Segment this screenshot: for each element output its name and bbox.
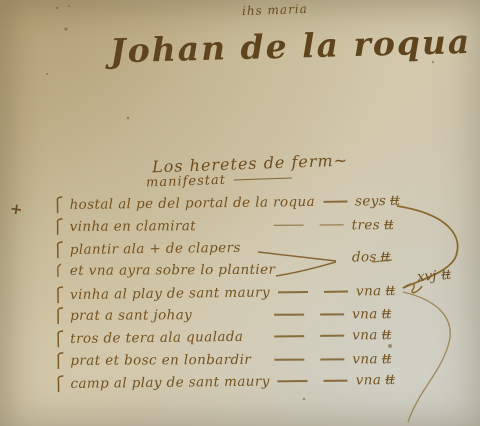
total-unit: tt <box>441 267 451 284</box>
dash-line <box>270 380 356 383</box>
paragraph-mark-icon <box>54 216 70 236</box>
paragraph-mark-icon <box>53 195 69 215</box>
paragraph-mark-icon <box>54 329 70 349</box>
entry-amount: trestt <box>352 217 406 233</box>
paragraph-mark-icon <box>54 240 70 260</box>
ledger-row: tros de tera ala qualada vnatt <box>54 324 406 351</box>
ledger-row: camp al play de sant maury vnatt <box>54 369 406 396</box>
entry-amount: vnatt <box>352 351 406 367</box>
entry-text: plantir ala + de clapers <box>70 240 241 258</box>
entry-amount: dostt <box>352 249 406 266</box>
underline-stroke <box>234 177 292 181</box>
entry-amount: vnatt <box>356 372 410 389</box>
page-title: Johan de la roqua <box>110 25 371 71</box>
margin-cross-mark: + <box>9 199 24 219</box>
entry-text: et vna ayra sobre lo plantier <box>70 262 276 279</box>
entry-amount: seystt <box>355 193 409 210</box>
entry-text: tros de tera ala qualada <box>70 329 243 347</box>
manuscript-page: ihs maria Johan de la roqua Los heretes … <box>0 0 480 426</box>
entry-text: vinha en clamirat <box>70 218 197 235</box>
ledger-list: hostal al pe del portal de la roqua seys… <box>53 191 406 394</box>
entry-amount: vnatt <box>352 306 406 322</box>
entry-text: prat a sant johay <box>70 307 192 324</box>
paragraph-mark-icon <box>54 261 70 281</box>
paragraph-mark-icon <box>54 351 70 371</box>
invocation-text: ihs maria <box>242 2 308 18</box>
ledger-row: prat et bosc en lonbardir vnatt <box>54 348 406 372</box>
paragraph-mark-icon <box>54 306 70 326</box>
paragraph-mark-icon <box>54 374 70 394</box>
entry-text: hostal al pe del portal de la roqua <box>69 194 315 213</box>
ledger-row: vinha en clamirat trestt <box>54 213 406 237</box>
entry-text: prat et bosc en lonbardir <box>70 352 251 369</box>
subheading-text: manifestat <box>146 173 226 191</box>
dash-line <box>192 314 352 316</box>
dash-line <box>251 359 352 361</box>
total-amount: xvj tt <box>416 267 450 285</box>
dash-line <box>241 246 352 247</box>
ledger-row: hostal al pe del portal de la roqua seys… <box>53 190 405 217</box>
entry-text: camp al play de sant maury <box>70 374 269 392</box>
total-value: xvj <box>416 268 437 285</box>
entry-amount: vnatt <box>356 283 410 300</box>
dash-line <box>243 335 352 338</box>
dash-line <box>270 290 356 293</box>
paragraph-mark-icon <box>54 285 70 305</box>
entry-amount: vnatt <box>352 327 406 344</box>
dash-line <box>196 224 352 226</box>
ledger-row: vinha al play de sant maury vnatt <box>54 279 406 306</box>
ledger-row: plantir ala + de clapers dostt <box>54 235 406 262</box>
entry-text: vinha al play de sant maury <box>70 284 270 302</box>
dash-line <box>315 201 355 203</box>
